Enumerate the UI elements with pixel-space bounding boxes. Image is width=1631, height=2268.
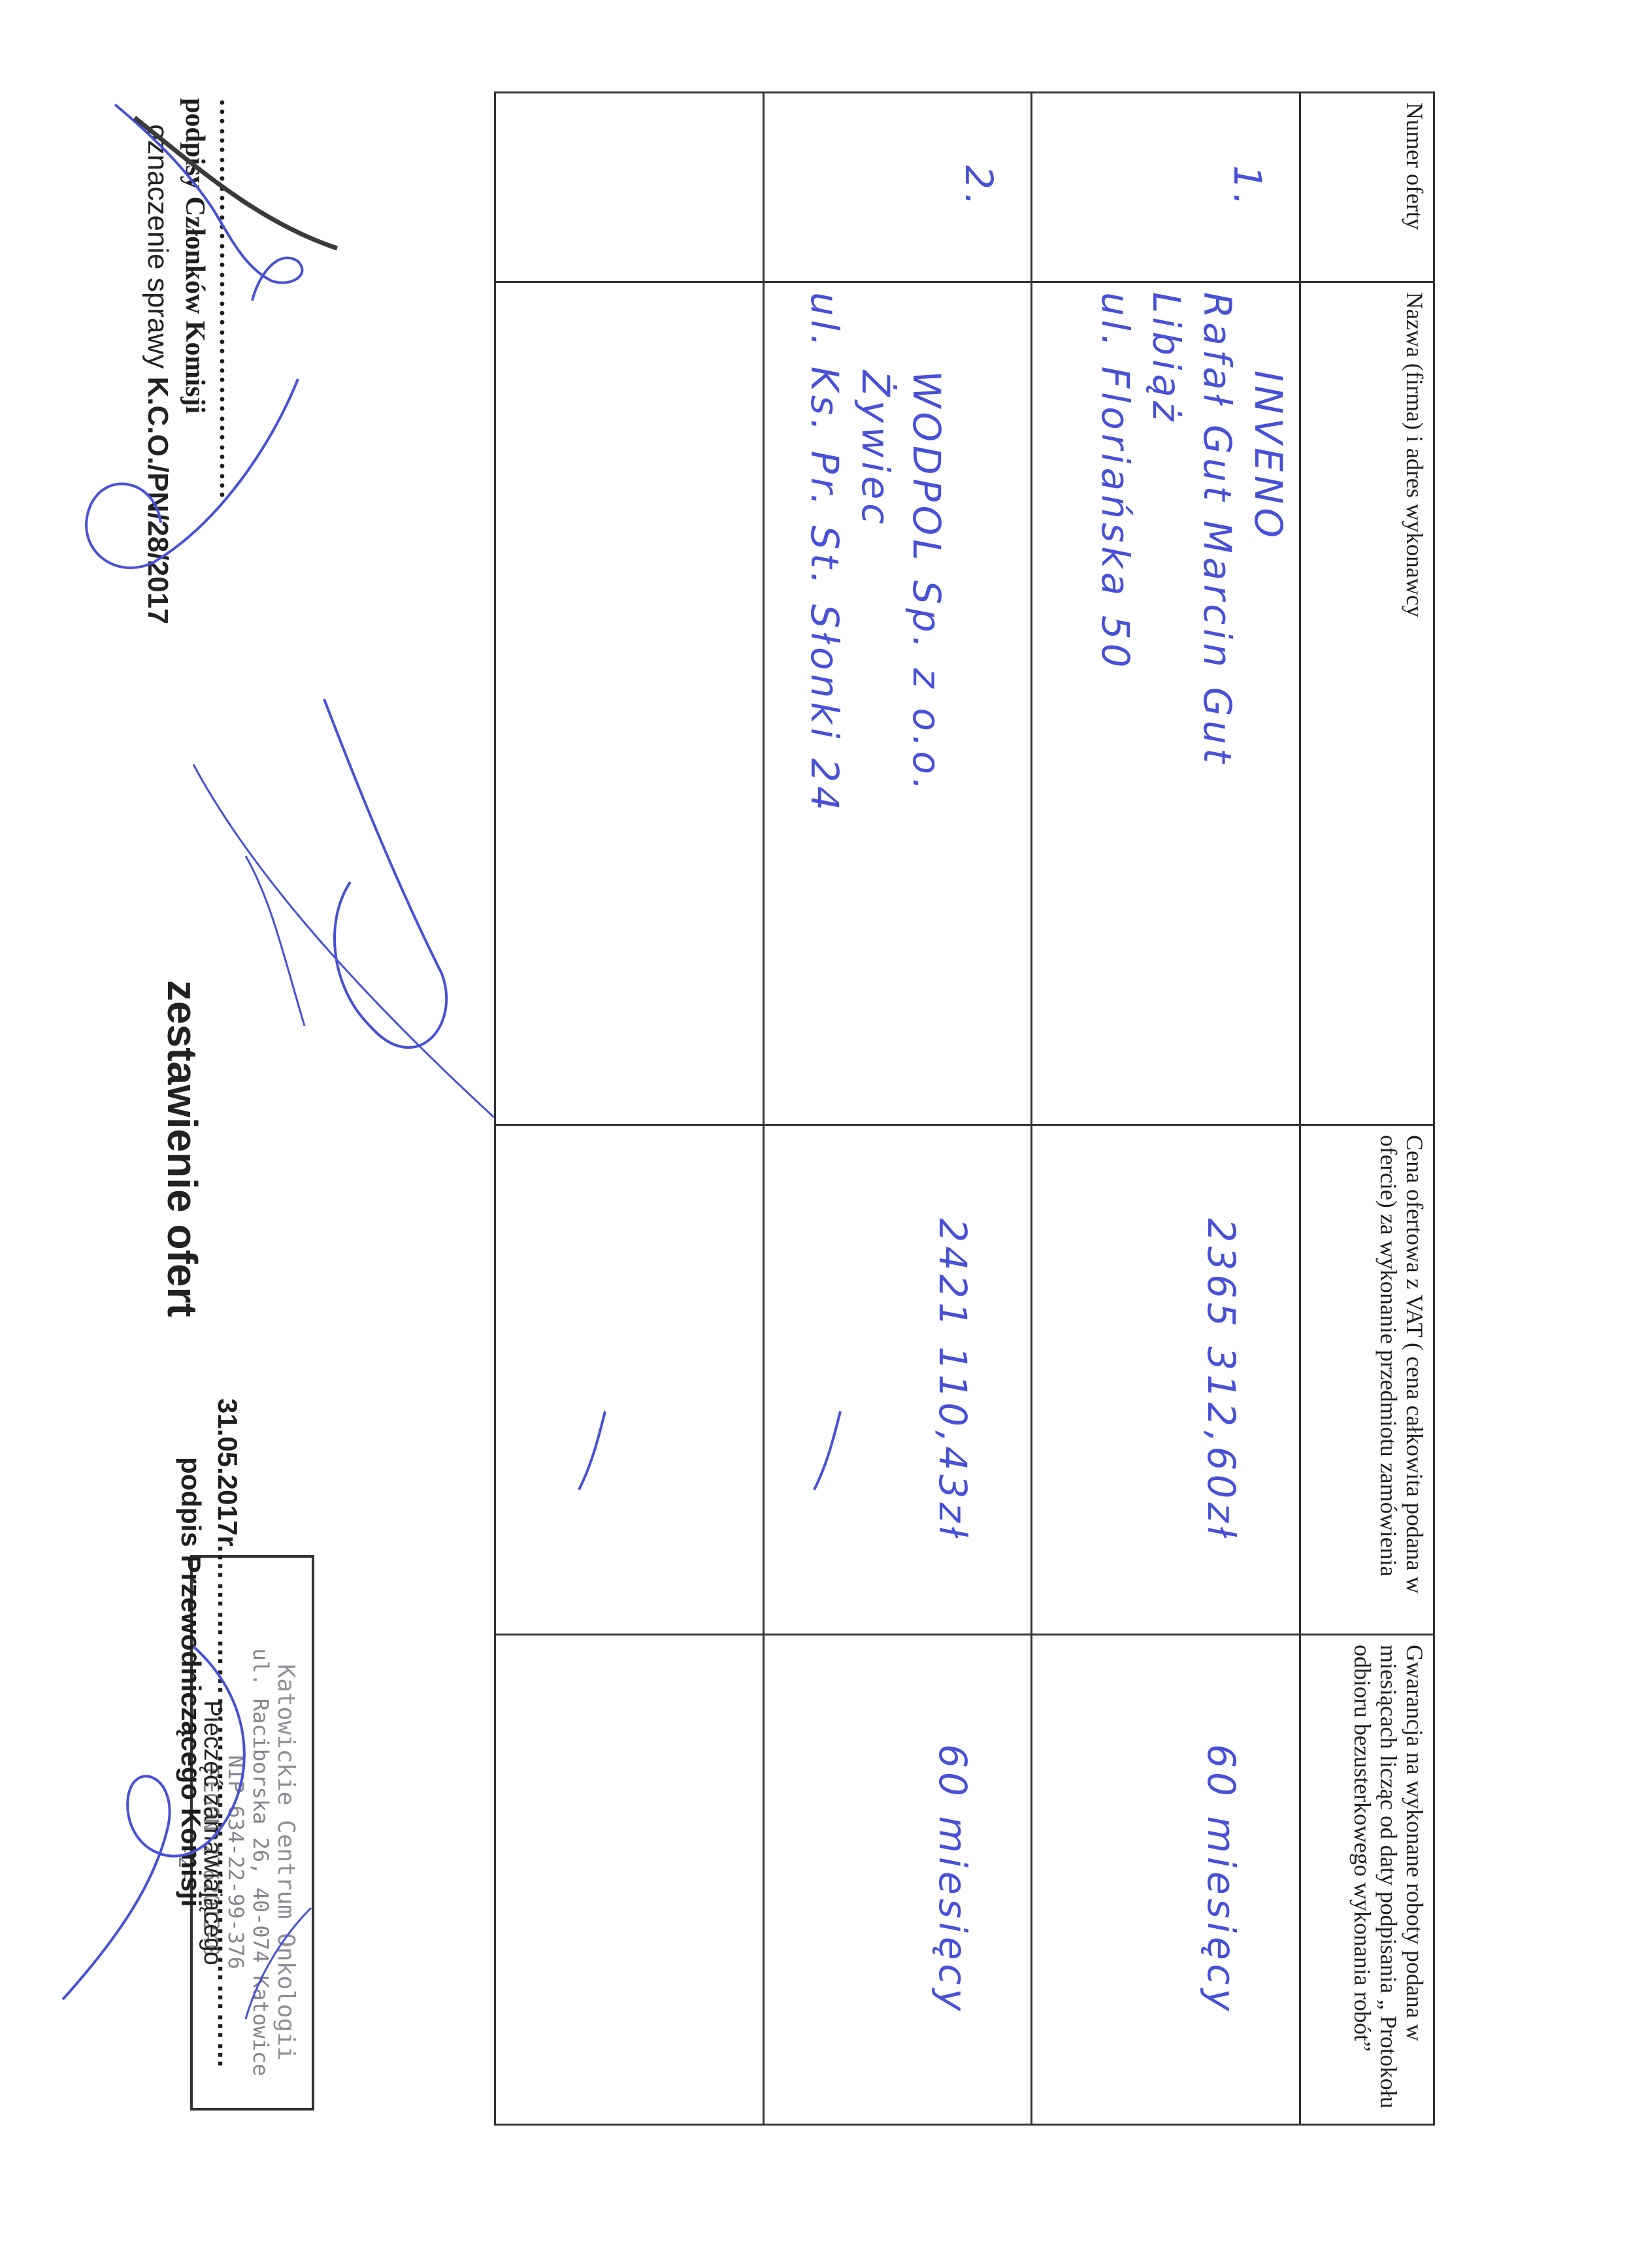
contractor-line: INVENO (1243, 292, 1294, 1115)
chair-signature-line: 31.05.2017r.……………………………………………… (209, 1398, 246, 1986)
header-price: Cena ofertowa z VAT ( cena całkowita pod… (1300, 1125, 1434, 1635)
table-header-row: Numer oferty Nazwa (firma) i adres wykon… (1300, 93, 1434, 2125)
table-row: 1. INVENO Rafał Gut Marcin Gut Libiąż ul… (1032, 93, 1300, 2125)
contractor-name: INVENO Rafał Gut Marcin Gut Libiąż ul. F… (1032, 282, 1300, 1125)
members-signature-block: …………………………………… podpisy Członków Komisji (178, 98, 246, 608)
contractor-line: Libiąż (1141, 292, 1192, 1115)
table-row: 2. WODPOL Sp. z o.o. Żywiec ul. Ks. Pr. … (763, 93, 1032, 2125)
case-ref-label: oznaczenie sprawy (142, 124, 174, 369)
contractor-name: WODPOL Sp. z o.o. Żywiec ul. Ks. Pr. St.… (763, 282, 1032, 1125)
page-title: zestawienie ofert (158, 980, 206, 1317)
contractor-line: ul. Ks. Pr. St. Słonki 24 (799, 292, 850, 1115)
contractor-line: WODPOL Sp. z o.o. (901, 292, 952, 1115)
case-ref-number: K.C.O./PN/28/2017 (142, 376, 174, 624)
offer-number: 2. (763, 93, 1032, 282)
header-guarantee: Gwarancja na wykonane roboty podana w mi… (1300, 1635, 1434, 2125)
signature-date: 31.05.2017r. (212, 1398, 243, 1553)
table-row-empty (495, 93, 764, 2125)
offer-price: 2421 110,43zł (763, 1125, 1032, 1635)
member-signature-3 (154, 686, 520, 1143)
chair-signature-label: podpis Przewodniczącego Komisji (173, 1398, 209, 1986)
header-contractor-name: Nazwa (firma) i adres wykonawcy (1300, 282, 1434, 1125)
document-page: oznaczenie sprawy K.C.O./PN/28/2017 zest… (0, 0, 1631, 2268)
contractor-line: Żywiec (850, 292, 901, 1115)
chair-dots: ……………………………………………… (212, 1553, 243, 2070)
chair-signature-block: 31.05.2017r.……………………………………………… podpis Pr… (173, 1398, 246, 1986)
offer-number: 1. (1032, 93, 1300, 282)
contractor-line: Rafał Gut Marcin Gut (1192, 292, 1243, 1115)
offer-guarantee: 60 miesięcy (763, 1635, 1032, 2125)
header-offer-number: Numer oferty (1300, 93, 1434, 282)
offer-price: 2365 312,60zł (1032, 1125, 1300, 1635)
members-signature-line: …………………………………… (212, 98, 246, 608)
offer-guarantee: 60 miesięcy (1032, 1635, 1300, 2125)
offers-table: Numer oferty Nazwa (firma) i adres wykon… (494, 91, 1435, 2126)
case-reference: oznaczenie sprawy K.C.O./PN/28/2017 (141, 124, 174, 625)
members-signature-label: podpisy Członków Komisji (178, 98, 212, 608)
contractor-line: ul. Floriańska 50 (1090, 292, 1141, 1115)
